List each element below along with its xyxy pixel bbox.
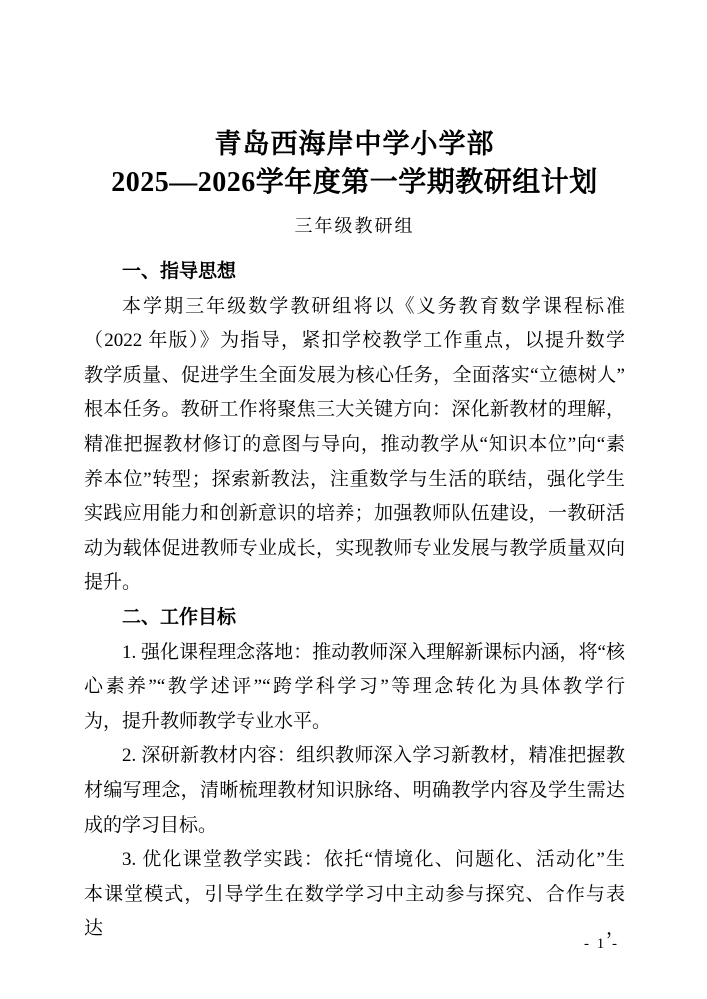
paragraph-line: 1. 强化课程理念落地：推动教师深入理解新课标内涵，将“核 bbox=[84, 636, 625, 671]
paragraph-line: 2. 深研新教材内容：组织教师深入学习新教材，精准把握教 bbox=[84, 739, 625, 774]
page-number: - 1 - bbox=[584, 936, 619, 953]
paragraph-line: 教学质量、促进学生全面发展为核心任务，全面落实“立德树人” bbox=[84, 359, 625, 394]
paragraph-line: 为，提升教师教学专业水平。 bbox=[84, 705, 625, 740]
paragraph-line: 心素养”“教学述评”“跨学科学习”等理念转化为具体教学行 bbox=[84, 670, 625, 705]
paragraph-line: 实践应用能力和创新意识的培养；加强教师队伍建设，一教研活 bbox=[84, 497, 625, 532]
paragraph-line: 本课堂模式，引导学生在数学学习中主动参与探究、合作与表达， bbox=[84, 878, 625, 947]
paragraph-line: 成的学习目标。 bbox=[84, 809, 625, 844]
paragraph-line: 3. 优化课堂教学实践：依托“情境化、问题化、活动化”生 bbox=[84, 843, 625, 878]
paragraph-line: 精准把握教材修订的意图与导向，推动教学从“知识本位”向“素 bbox=[84, 428, 625, 463]
document-body: 一、指导思想 本学期三年级数学教研组将以《义务教育数学课程标准 （2022 年版… bbox=[84, 255, 625, 947]
paragraph-line: 养本位”转型；探索新教法，注重数学与生活的联结，强化学生 bbox=[84, 463, 625, 498]
document-title-line1: 青岛西海岸中学小学部 bbox=[84, 126, 625, 163]
section-heading-guiding-ideology: 一、指导思想 bbox=[84, 255, 625, 290]
document-page: 青岛西海岸中学小学部 2025—2026学年度第一学期教研组计划 三年级教研组 … bbox=[0, 0, 707, 999]
paragraph-line: 动为载体促进教师专业成长，实现教师专业发展与教学质量双向 bbox=[84, 532, 625, 567]
paragraph-line: 根本任务。教研工作将聚焦三大关键方向：深化新教材的理解， bbox=[84, 393, 625, 428]
paragraph-line: （2022 年版）》为指导，紧扣学校教学工作重点，以提升数学 bbox=[84, 324, 625, 359]
document-title-line2: 2025—2026学年度第一学期教研组计划 bbox=[84, 163, 625, 203]
paragraph-line: 提升。 bbox=[84, 566, 625, 601]
paragraph-line: 本学期三年级数学教研组将以《义务教育数学课程标准 bbox=[84, 290, 625, 325]
document-subtitle: 三年级教研组 bbox=[84, 211, 625, 241]
paragraph-line: 材编写理念，清晰梳理教材知识脉络、明确教学内容及学生需达 bbox=[84, 774, 625, 809]
section-heading-work-goals: 二、工作目标 bbox=[84, 601, 625, 636]
